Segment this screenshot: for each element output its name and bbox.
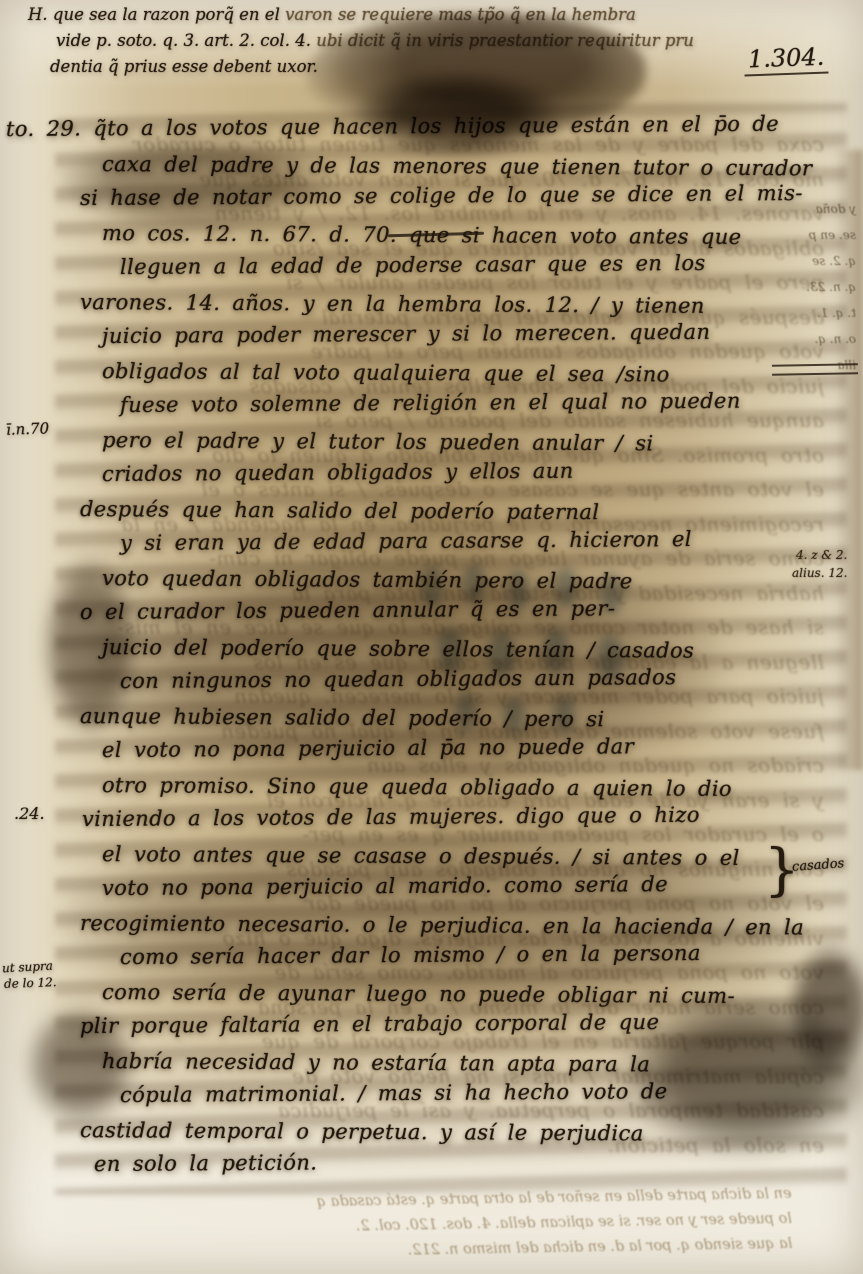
margin-note-n70: ī.n.70 xyxy=(6,419,50,438)
header-line: dentia q̃ prius esse debent uxor. xyxy=(50,54,728,80)
ghost-margin-line: o. n. q. xyxy=(752,326,856,352)
body-line: como sería hacer dar lo mismo / o en la … xyxy=(120,935,826,974)
body-line: juicio para poder merescer y si lo merec… xyxy=(102,314,826,354)
header-annotation: H. que sea la razon porq̃ en el varon se… xyxy=(28,2,728,80)
body-line: plir porque faltaría en el trabajo corpo… xyxy=(80,1004,826,1044)
body-line: cópula matrimonial. / mas si ha hecho vo… xyxy=(120,1073,826,1112)
body-line: si hase de notar como se colige de lo qu… xyxy=(80,176,826,216)
ghost-margin-line: q. n. 23. xyxy=(752,274,856,300)
body-line: el voto no pona perjuicio al p̄a no pued… xyxy=(102,728,826,768)
double-rule-mark xyxy=(772,363,858,375)
manuscript-body: to. 29. q̃to a los votos que hacen los h… xyxy=(64,112,826,1182)
ghost-margin-line: y doña xyxy=(752,196,856,222)
manuscript-page: caxa del padre y de las menores que tien… xyxy=(0,0,863,1274)
header-line: H. que sea la razon porq̃ en el varon se… xyxy=(28,2,728,28)
body-line: to. 29. q̃to a los votos que hacen los h… xyxy=(6,106,826,146)
header-line: vide p. soto. q. 3. art. 2. col. 4. ubi … xyxy=(56,28,728,54)
margin-note-ref2: alius. 12. xyxy=(792,566,847,580)
body-line: con ningunos no quedan obligados aun pas… xyxy=(120,659,826,698)
body-line: lleguen a la edad de poderse casar que e… xyxy=(120,245,826,284)
ghost-margin-line: q. 2. se xyxy=(752,248,856,274)
body-line: y si eran ya de edad para casarse q. hic… xyxy=(120,521,826,560)
body-line: o el curador los pueden annular q̃ es en… xyxy=(80,590,826,630)
margin-note-ut-supra: ut supra xyxy=(2,959,53,976)
margin-note-de-lo-12: de lo 12. xyxy=(4,975,57,991)
ghost-margin-line: se. en p xyxy=(752,222,856,248)
margin-note-ref1: 4. z & 2. xyxy=(796,548,847,562)
ghost-margin-line: t. q. 1. xyxy=(752,300,856,326)
body-line: voto no pona perjuicio al marido. como s… xyxy=(102,866,826,906)
body-line: fuese voto solemne de religión en el qua… xyxy=(120,383,826,422)
margin-note-paragraph-24: .24. xyxy=(14,804,45,823)
body-line: criados no quedan obligados y ellos aun xyxy=(102,452,826,492)
body-line: viniendo a los votos de las mujeres. dig… xyxy=(82,797,826,837)
body-line: en solo la petición. xyxy=(94,1142,826,1182)
verso-bottom-ghost: en la dicha parte della en señor de la o… xyxy=(85,1182,792,1269)
folio-number: 1.304. xyxy=(743,43,828,77)
